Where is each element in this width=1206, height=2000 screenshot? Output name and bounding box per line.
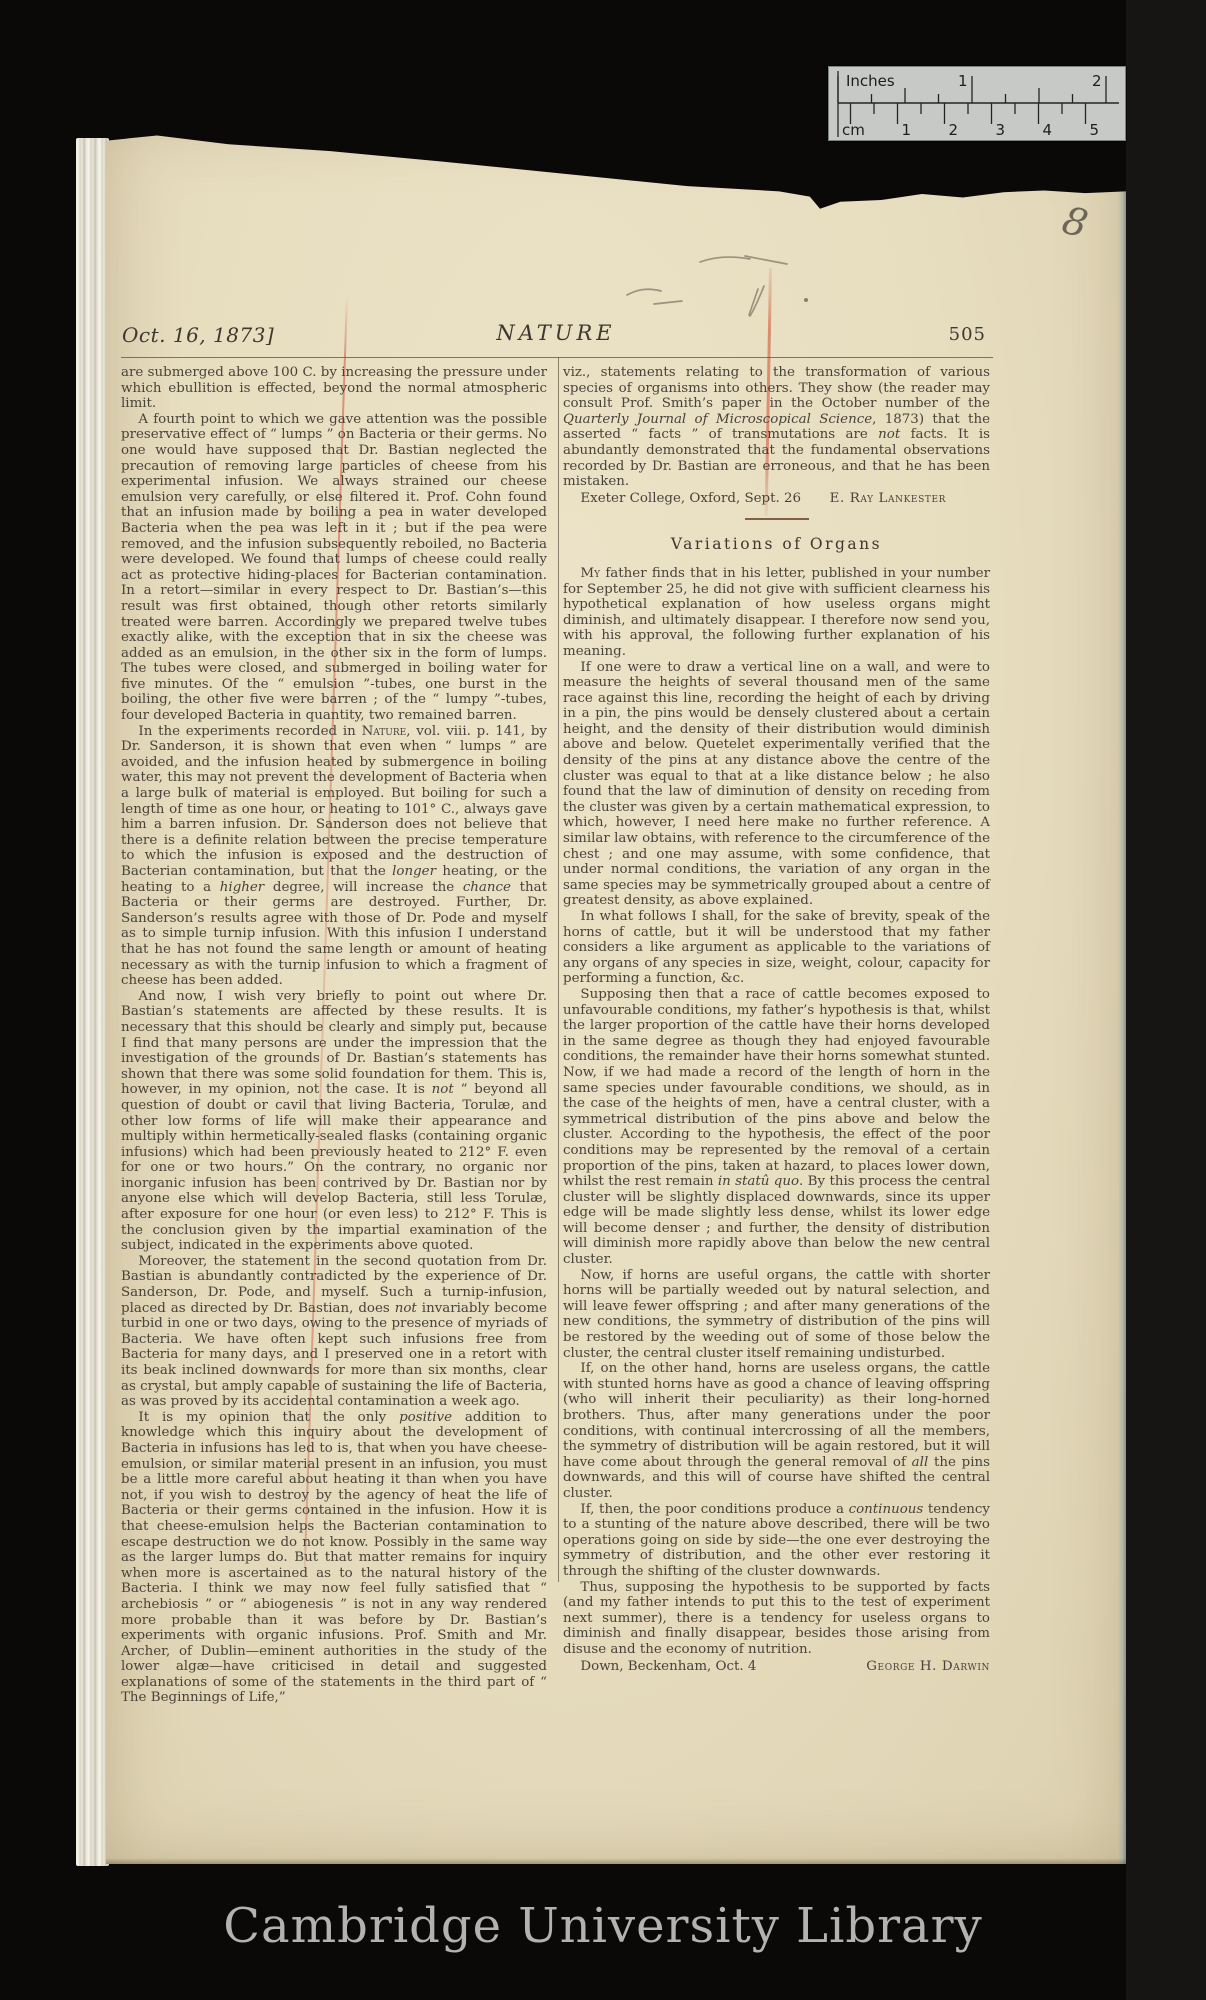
signature-place-date: Down, Beckenham, Oct. 4: [563, 1659, 756, 1675]
right-column: viz., statements relating to the transfo…: [563, 365, 990, 1674]
paragraph: And now, I wish very briefly to point ou…: [121, 989, 547, 1254]
journal-title: NATURE: [122, 321, 990, 345]
paragraph: It is my opinion that the only positive …: [121, 1410, 547, 1706]
paragraph: Supposing then that a race of cattle bec…: [563, 987, 990, 1268]
page-bottom-edge-shadow: [106, 1858, 1126, 1864]
paragraph: Now, if horns are useful organs, the cat…: [563, 1268, 990, 1362]
ruler-cm-number: 1: [902, 121, 912, 139]
ruler-cm-number: 4: [1043, 121, 1053, 139]
signature-name: George H. Darwin: [866, 1659, 990, 1675]
page-header: Oct. 16, 1873] NATURE 505: [122, 321, 990, 351]
paragraph: My father finds that in his letter, publ…: [563, 566, 990, 660]
page-scan: Oct. 16, 1873] NATURE 505 are submerged …: [106, 118, 1126, 1864]
signature-place-date: Exeter College, Oxford, Sept. 26: [563, 491, 801, 507]
library-caption: Cambridge University Library: [0, 1898, 1206, 1954]
paragraph: In what follows I shall, for the sake of…: [563, 909, 990, 987]
page-number: 505: [949, 324, 986, 345]
paragraph: viz., statements relating to the transfo…: [563, 365, 990, 490]
signature-line: Exeter College, Oxford, Sept. 26E. Ray L…: [563, 491, 990, 507]
ruler-cm-label: cm: [842, 121, 865, 139]
paragraph: Moreover, the statement in the second qu…: [121, 1254, 547, 1410]
section-heading: Variations of Organs: [563, 537, 990, 553]
paragraph: If, then, the poor conditions produce a …: [563, 1502, 990, 1580]
page-right-edge-shadow: [1118, 178, 1126, 1864]
paragraph: In the experiments recorded in Nature, v…: [121, 724, 547, 989]
ruler-cm-number: 2: [949, 121, 959, 139]
left-column: are submerged above 100 C. by increasing…: [121, 365, 547, 1706]
ruler-cm-number: 3: [996, 121, 1006, 139]
ruler-cm-number: 5: [1090, 121, 1100, 139]
paragraph: Thus, supposing the hypothesis to be sup…: [563, 1580, 990, 1658]
paragraph: If one were to draw a vertical line on a…: [563, 660, 990, 910]
header-rule: [121, 357, 993, 358]
paragraph: are submerged above 100 C. by increasing…: [121, 365, 547, 412]
signature-name: E. Ray Lankester: [830, 491, 946, 507]
ruler-inch-number: 1: [958, 72, 968, 90]
paragraph: If, on the other hand, horns are useless…: [563, 1361, 990, 1501]
book-fore-edge: [76, 138, 109, 1866]
scan-background: Oct. 16, 1873] NATURE 505 are submerged …: [0, 0, 1206, 2000]
backdrop-right-strip: [1126, 0, 1206, 2000]
ruler-inches-label: Inches: [846, 72, 895, 90]
measurement-ruler: Inchescm1212345: [828, 66, 1126, 141]
column-divider-rule: [558, 357, 559, 1582]
section-separator-rule: [745, 518, 809, 520]
paragraph: A fourth point to which we gave attentio…: [121, 412, 547, 724]
signature-line: Down, Beckenham, Oct. 4George H. Darwin: [563, 1659, 990, 1675]
ruler-inch-number: 2: [1092, 72, 1102, 90]
